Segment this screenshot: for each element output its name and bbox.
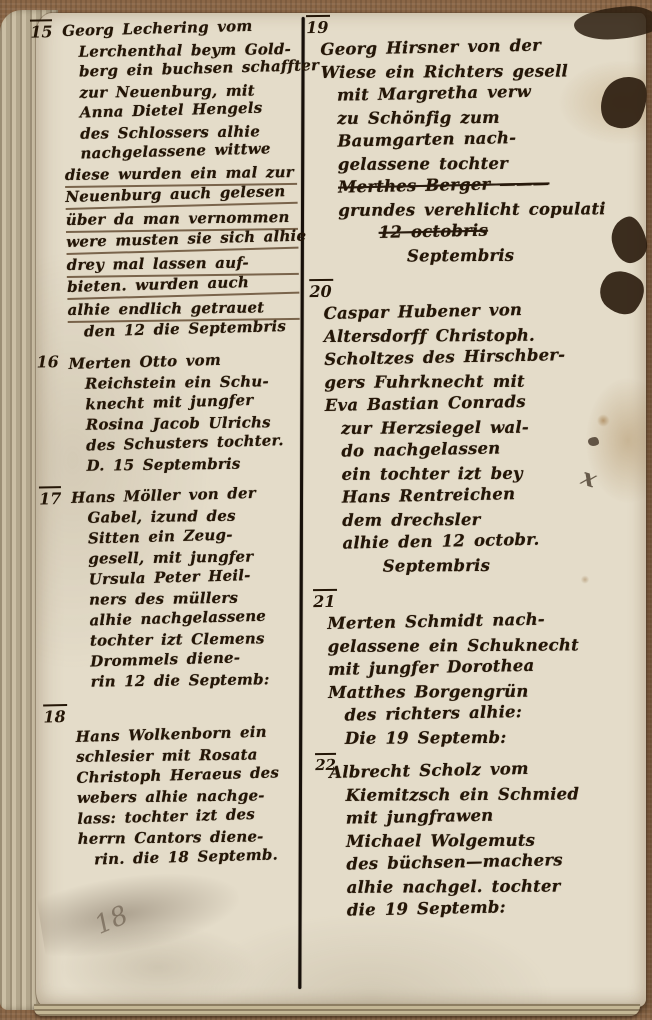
ink-blot	[588, 437, 599, 446]
manuscript-line: Hans Wolkenborn ein	[75, 720, 307, 747]
right-column: 19Georg Hirsner von derWiese ein Richter…	[320, 11, 652, 933]
register-entry: 17Hans Möller von derGabel, izund desSit…	[71, 483, 307, 692]
manuscript-line: Albrecht Scholz vom	[329, 754, 651, 783]
manuscript-page: 15Georg Lechering vomLerchenthal beym Go…	[36, 13, 646, 1007]
entry-number: 15	[30, 19, 53, 41]
manuscript-line: Septembris	[323, 243, 645, 268]
register-entry: 22Albrecht Scholz vomKiemitzsch ein Schm…	[329, 757, 652, 922]
entry-text: Hans Möller von derGabel, izund desSitte…	[71, 483, 307, 692]
entry-text: Hans Wolkenborn einschlesier mit RosataC…	[76, 722, 311, 870]
manuscript-line: bieten. wurden auch	[67, 271, 300, 300]
register-entry: 16Merten Otto vomReichstein ein Schu-kne…	[68, 349, 302, 476]
entry-text: Georg Lechering vomLerchenthal beym Gold…	[62, 17, 300, 343]
manuscript-line: Die 19 Septemb:	[329, 725, 651, 750]
register-entry: 15Georg Lechering vomLerchenthal beym Go…	[62, 17, 300, 343]
register-entry: 20Caspar Hubener vonAltersdorff Christop…	[323, 275, 649, 578]
register-entry: 21Merten Schmidt nach-gelassene ein Schu…	[327, 585, 651, 750]
entry-number: 20	[309, 279, 333, 301]
photo-background: 15Georg Lechering vomLerchenthal beym Go…	[0, 0, 652, 1020]
entry-number: 16	[36, 352, 59, 371]
manuscript-line: Septembris	[327, 553, 649, 578]
manuscript-line: Merten Schmidt nach-	[327, 605, 649, 634]
entry-number: 21	[313, 589, 337, 611]
manuscript-line: D. 15 Septembris	[70, 453, 302, 477]
manuscript-line: rin 12 die Septemb:	[75, 669, 307, 693]
manuscript-line: Hans Möller von der	[71, 481, 303, 508]
entry-number: 17	[39, 486, 62, 508]
left-column: 15Georg Lechering vomLerchenthal beym Go…	[62, 17, 310, 881]
entry-text: Albrecht Scholz vomKiemitzsch ein Schmie…	[329, 757, 652, 922]
entry-text: Merten Schmidt nach-gelassene ein Schukn…	[327, 608, 651, 750]
register-entry: 19Georg Hirsner von derWiese ein Richter…	[320, 11, 645, 268]
bottom-page-edges	[34, 1004, 640, 1016]
manuscript-line: were musten sie sich alhie	[66, 226, 299, 255]
entry-text: Georg Hirsner von derWiese ein Richters …	[320, 34, 645, 268]
entry-text: Caspar Hubener vonAltersdorff Christoph.…	[324, 298, 649, 578]
manuscript-line: Merten Otto vom	[68, 347, 300, 374]
pencil-smudge: 18	[35, 860, 244, 964]
manuscript-line: Caspar Hubener von	[323, 296, 645, 325]
register-entry: 18Hans Wolkenborn einschlesier mit Rosat…	[75, 699, 310, 870]
entry-number: 19	[306, 15, 330, 37]
pencil-note: 18	[90, 900, 132, 941]
manuscript-line: Georg Lechering vom	[62, 15, 294, 42]
entry-text: Merten Otto vomReichstein ein Schu-knech…	[68, 349, 302, 476]
entry-number: 18	[43, 704, 67, 726]
